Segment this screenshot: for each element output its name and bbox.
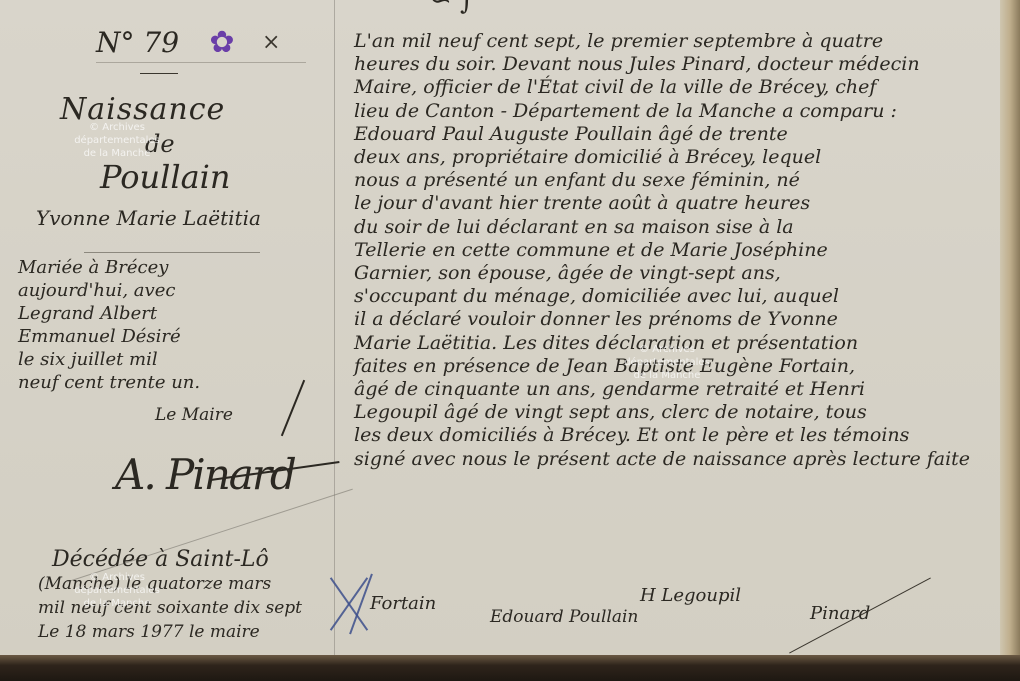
marriage-note-line: neuf cent trente un. (18, 371, 328, 394)
entry-number-underline (140, 73, 178, 74)
act-line: s'occupant du ménage, domiciliée avec lu… (354, 285, 1004, 308)
entry-number: N° 79 (96, 26, 179, 59)
act-line: Legoupil âgé de vingt sept ans, clerc de… (354, 401, 1004, 424)
death-note-line: Le 18 mars 1977 le maire (38, 620, 358, 644)
act-line: le jour d'avant hier trente août à quatr… (354, 192, 1004, 215)
register-page: N° 79 ✿ × Naissance de Poullain Yvonne M… (0, 0, 1000, 662)
margin-heading-given-names: Yvonne Marie Laëtitia (36, 206, 261, 230)
marriage-note-line: aujourd'hui, avec (18, 279, 328, 302)
signature-father-poullain: Edouard Poullain (490, 607, 638, 627)
signature-block: Fortain Edouard Poullain H Legoupil Pina… (340, 585, 1000, 655)
death-note: Décédée à Saint-Lô (Manche) le quatorze … (38, 548, 358, 644)
marriage-note-line: Legrand Albert (18, 302, 328, 325)
act-line: du soir de lui déclarant en sa maison si… (354, 216, 1004, 239)
act-body-column: ∽ ∫ L'an mil neuf cent sept, le premier … (340, 0, 1000, 660)
act-line: signé avec nous le présent acte de naiss… (354, 448, 1004, 471)
act-line: Marie Laëtitia. Les dites déclaration et… (354, 332, 1004, 355)
death-note-line: (Manche) le quatorze mars (38, 572, 358, 596)
death-note-line: mil neuf cent soixante dix sept (38, 596, 358, 620)
marriage-note-line: le six juillet mil (18, 348, 328, 371)
purple-flower-stamp-icon: ✿ (208, 29, 236, 57)
act-line: lieu de Canton - Département de la Manch… (354, 100, 1004, 123)
entry-rule (96, 62, 306, 63)
act-line: il a déclaré vouloir donner les prénoms … (354, 308, 1004, 331)
act-line: les deux domiciliés à Brécey. Et ont le … (354, 424, 1004, 447)
mayor-signature: A. Pinard (115, 450, 295, 499)
act-text: L'an mil neuf cent sept, le premier sept… (354, 30, 1004, 471)
act-line: L'an mil neuf cent sept, le premier sept… (354, 30, 1004, 53)
heading-rule (84, 252, 260, 253)
marriage-note-line: Emmanuel Désiré (18, 325, 328, 348)
page-edge (1000, 0, 1020, 670)
act-line: Maire, officier de l'État civil de la vi… (354, 76, 1004, 99)
marriage-note: Mariée à Brécey aujourd'hui, avec Legran… (18, 256, 328, 394)
death-note-line: Décédée à Saint-Lô (38, 548, 358, 572)
top-flourish: ∽ ∫ (430, 0, 474, 16)
act-line: heures du soir. Devant nous Jules Pinard… (354, 53, 1004, 76)
signature-officer-pinard: Pinard (810, 603, 870, 624)
margin-heading-de: de (145, 130, 175, 158)
act-line: faites en présence de Jean Baptiste Eugè… (354, 355, 1004, 378)
margin-heading-surname: Poullain (100, 158, 231, 196)
signature-witness-legoupil: H Legoupil (640, 585, 741, 606)
margin-heading-naissance: Naissance (60, 92, 225, 127)
act-line: âgé de cinquante un ans, gendarme retrai… (354, 378, 1004, 401)
act-line: Edouard Paul Auguste Poullain âgé de tre… (354, 123, 1004, 146)
act-line: nous a présenté un enfant du sexe fémini… (354, 169, 1004, 192)
act-line: Tellerie en cette commune et de Marie Jo… (354, 239, 1004, 262)
act-line: deux ans, propriétaire domicilié à Bréce… (354, 146, 1004, 169)
marriage-note-line: Mariée à Brécey (18, 256, 328, 279)
blue-pencil-cross-icon (320, 572, 380, 632)
marriage-note-signed: Le Maire (155, 405, 233, 425)
binding-shadow (0, 655, 1020, 681)
margin-column: N° 79 ✿ × Naissance de Poullain Yvonne M… (0, 0, 334, 660)
cross-mark-icon: × (262, 30, 280, 55)
act-line: Garnier, son épouse, âgée de vingt-sept … (354, 262, 1004, 285)
